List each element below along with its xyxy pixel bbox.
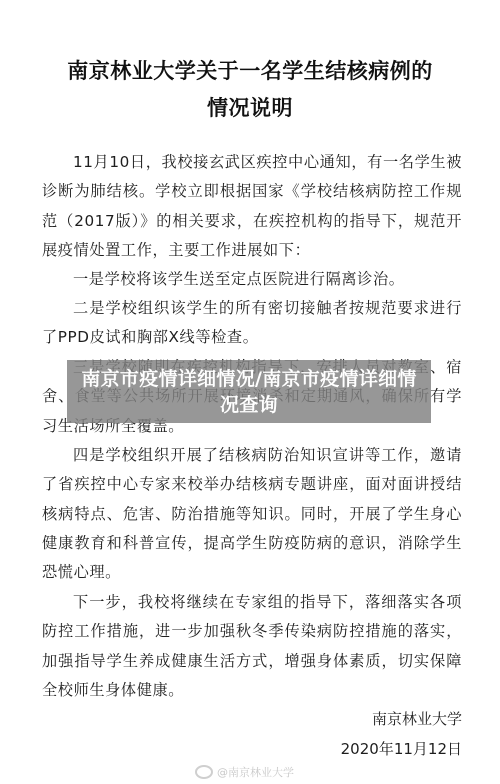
paragraph-next-steps: 下一步，我校将继续在专家组的指导下，落细落实各项防控工作措施，进一步加强秋冬季传…	[42, 588, 462, 705]
weibo-icon	[195, 765, 213, 779]
paragraph-intro: 11月10日，我校接玄武区疾控中心通知，有一名学生被诊断为肺结核。学校立即根据国…	[42, 148, 462, 265]
signature-date: 2020年11月12日	[341, 738, 462, 759]
caption-overlay: 南京市疫情详细情况/南京市疫情详细情况查询	[67, 360, 431, 423]
document-title-line2: 情况说明	[0, 92, 500, 122]
document-title-line1: 南京林业大学关于一名学生结核病例的	[0, 55, 500, 85]
paragraph-item-2: 二是学校组织该学生的所有密切接触者按规范要求进行了PPD皮试和胸部X线等检查。	[42, 294, 462, 353]
signature-organization: 南京林业大学	[372, 708, 462, 729]
paragraph-item-4: 四是学校组织开展了结核病防治知识宣讲等工作，邀请了省疾控中心专家来校举办结核病专…	[42, 441, 462, 587]
paragraph-item-1: 一是学校将该学生送至定点医院进行隔离诊治。	[42, 265, 462, 294]
watermark: @南京林业大学	[195, 764, 294, 780]
watermark-text: @南京林业大学	[217, 764, 294, 780]
caption-text: 南京市疫情详细情况/南京市疫情详细情况查询	[79, 366, 419, 418]
